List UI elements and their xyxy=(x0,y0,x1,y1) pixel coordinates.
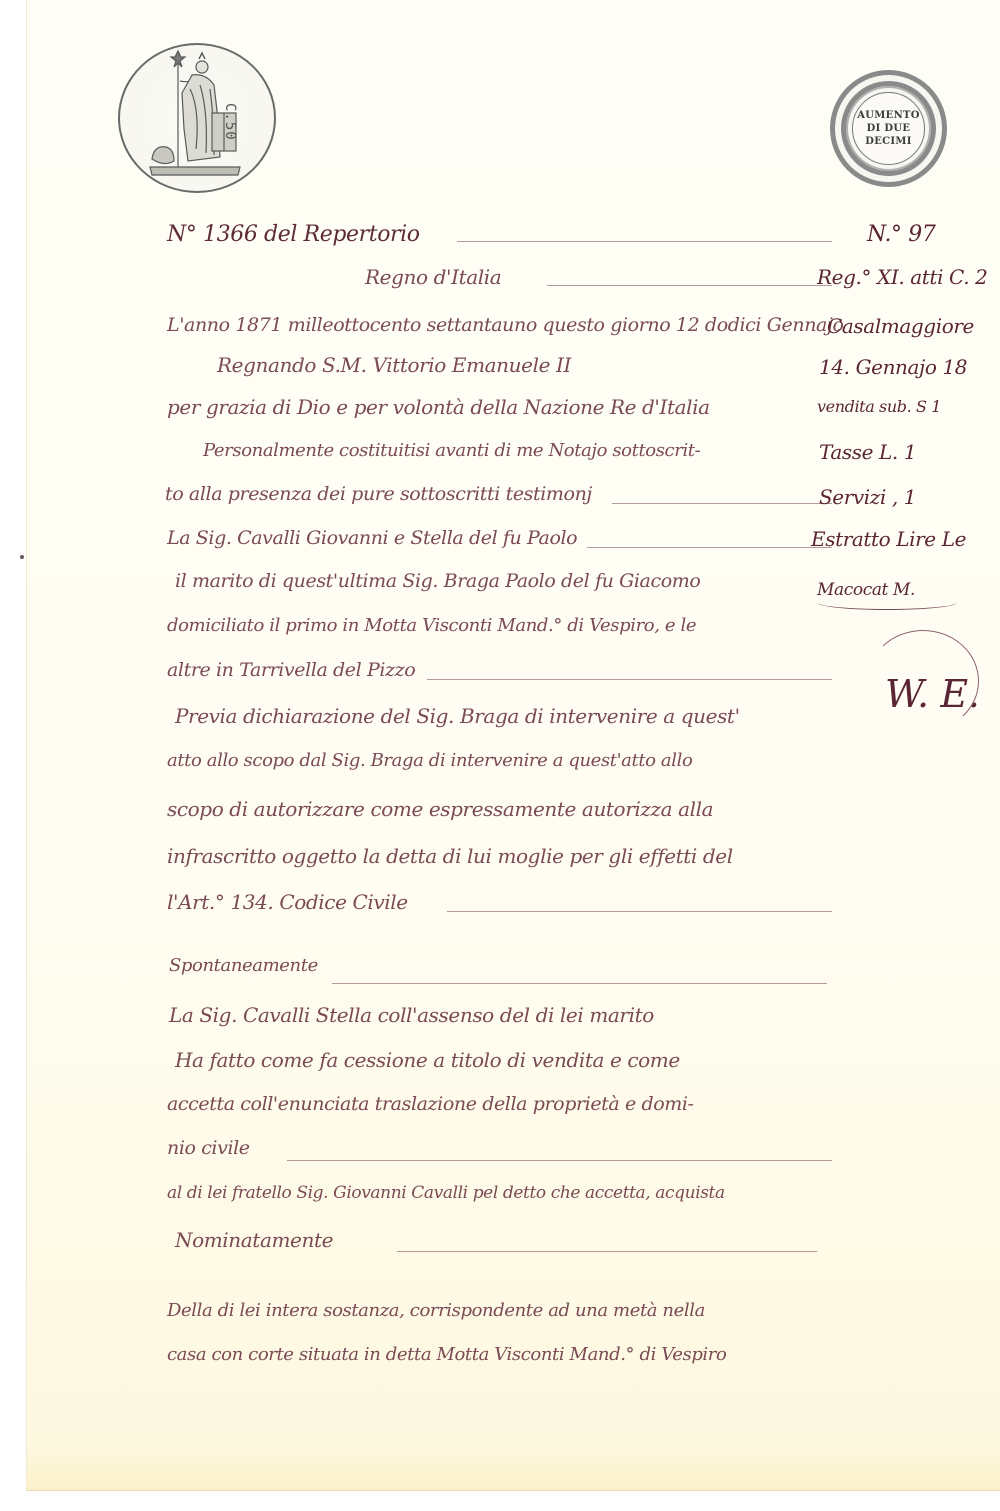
revenue-stamp: C.50 xyxy=(118,43,276,193)
body-line: L'anno 1871 milleottocento settantauno q… xyxy=(167,314,844,336)
fill-line xyxy=(587,547,832,548)
body-line: nio civile xyxy=(167,1137,250,1159)
document-page: C.50 AUMENTO DI DUE DECIMI N° 1366 del R… xyxy=(26,0,1000,1491)
signature-loop xyxy=(867,630,979,732)
ink-speck xyxy=(20,555,24,559)
body-line: infrascritto oggetto la detta di lui mog… xyxy=(167,844,733,868)
margin-note-line: Casalmaggiore xyxy=(827,314,974,338)
body-line: Nominatamente xyxy=(175,1228,333,1252)
body-line: Della di lei intera sostanza, corrispond… xyxy=(167,1300,705,1321)
body-line: Previa dichiarazione del Sig. Braga di i… xyxy=(175,704,740,728)
body-line: to alla presenza dei pure sottoscritti t… xyxy=(165,483,592,505)
body-line: Regnando S.M. Vittorio Emanuele II xyxy=(217,353,571,377)
margin-note-line: Tasse L. 1 xyxy=(819,440,916,464)
body-line: il marito di quest'ultima Sig. Braga Pao… xyxy=(175,570,700,592)
body-line: l'Art.° 134. Codice Civile xyxy=(167,890,408,914)
fill-line xyxy=(287,1160,832,1161)
margin-note-line: 14. Gennajo 18 xyxy=(819,355,967,379)
embossed-stamp: AUMENTO DI DUE DECIMI xyxy=(830,70,947,187)
fill-line xyxy=(612,503,832,504)
stamp-text-line: DECIMI xyxy=(865,135,911,148)
stamp-text-line: DI DUE xyxy=(867,122,911,135)
body-line: La Sig. Cavalli Stella coll'assenso del … xyxy=(169,1003,654,1027)
body-line: Spontaneamente xyxy=(169,955,318,976)
embossed-stamp-center: AUMENTO DI DUE DECIMI xyxy=(852,92,925,165)
body-line: Personalmente costituitisi avanti di me … xyxy=(203,440,700,461)
repertory-number: N° 1366 del Repertorio xyxy=(167,222,420,247)
body-line: scopo di autorizzare come espressamente … xyxy=(167,797,713,821)
margin-note-line: Estratto Lire Le xyxy=(811,527,966,551)
body-line: atto allo scopo dal Sig. Braga di interv… xyxy=(167,750,692,771)
kingdom-heading: Regno d'Italia xyxy=(365,265,501,289)
fill-line xyxy=(397,1251,817,1252)
stamp-text-line: AUMENTO xyxy=(857,109,920,122)
fill-line xyxy=(457,241,832,242)
fill-line xyxy=(332,983,827,984)
body-line: accetta coll'enunciata traslazione della… xyxy=(167,1093,694,1115)
margin-note-line: Reg.° XI. atti C. 2 xyxy=(817,265,987,289)
fill-line xyxy=(447,911,832,912)
body-line: casa con corte situata in detta Motta Vi… xyxy=(167,1344,726,1365)
fill-line xyxy=(427,679,832,680)
body-line: al di lei fratello Sig. Giovanni Cavalli… xyxy=(167,1183,725,1203)
margin-note-line: vendita sub. S 1 xyxy=(817,397,941,416)
body-line: per grazia di Dio e per volontà della Na… xyxy=(167,395,710,419)
body-line: La Sig. Cavalli Giovanni e Stella del fu… xyxy=(167,527,577,549)
margin-note-number: N.° 97 xyxy=(867,222,935,247)
stamp-value: C.50 xyxy=(222,103,238,141)
signature-flourish xyxy=(817,595,957,610)
body-line: altre in Tarrivella del Pizzo xyxy=(167,659,415,681)
margin-note-line: Servizi , 1 xyxy=(819,485,916,509)
body-line: Ha fatto come fa cessione a titolo di ve… xyxy=(175,1048,680,1072)
body-line: domiciliato il primo in Motta Visconti M… xyxy=(167,615,696,636)
fill-line xyxy=(547,285,832,286)
